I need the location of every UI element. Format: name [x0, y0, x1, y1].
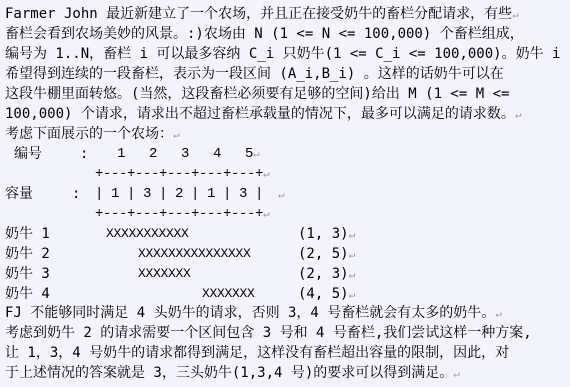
cow-interval-row: (2, 3)↵: [298, 264, 355, 284]
capacity-label: 容量: [5, 184, 33, 204]
cow-label: 奶牛 2: [5, 244, 50, 264]
text: 于上述情况的答案就是 3，三头奶牛(1,3,4 号)的要求可以得到满足。: [5, 365, 453, 381]
text-line: 于上述情况的答案就是 3，三头奶牛(1,3,4 号)的要求可以得到满足。↵: [5, 363, 460, 383]
cow-interval: (1, 3): [298, 226, 349, 242]
text-line: 考虑到奶牛 2 的请求需要一个区间包含 3 号和 4 号畜栏,我们尝试这样一种方…: [5, 323, 532, 343]
text: 让 1，3，4 号奶牛的请求都得到满足，这样没有畜栏超出容量的限制，因此，对: [5, 345, 509, 361]
text: Farmer John 最近新建立了一个农场，并且正在接受奶牛的畜栏分配请求，有…: [5, 6, 512, 22]
stall-numbers: 1 2 3 4 5: [117, 146, 253, 162]
colon: :: [80, 144, 88, 164]
border: +---+---+---+---+---+: [95, 166, 263, 182]
return-mark-icon: ↵: [263, 209, 269, 221]
text-line: 让 1，3，4 号奶牛的请求都得到满足，这样没有畜栏超出容量的限制，因此，对: [5, 343, 509, 363]
text-line: 考虑下面展示的一个农场：↵: [5, 124, 180, 144]
return-mark-icon: ↵: [349, 228, 356, 241]
return-mark-icon: ↵: [495, 307, 502, 320]
text: 考虑下面展示的一个农场：: [5, 126, 173, 142]
cow-interval-row: (1, 3)↵: [298, 224, 355, 244]
text-line: Farmer John 最近新建立了一个农场，并且正在接受奶牛的畜栏分配请求，有…: [5, 4, 519, 24]
border-row: +---+---+---+---+---+↵: [95, 164, 269, 184]
cow-interval-row: (2, 5)↵: [298, 244, 355, 264]
return-mark-icon: ↵: [278, 184, 285, 204]
text: FJ 不能够同时满足 4 头奶牛的请求，否则 3，4 号畜栏就会有太多的奶牛。: [5, 305, 495, 321]
colon: :: [72, 184, 80, 204]
cow-interval-row: (4, 5)↵: [298, 284, 355, 304]
cow-label: 奶牛 1: [5, 224, 50, 244]
cow-bar: XXXXXXX: [138, 264, 191, 284]
cow-bar: XXXXXXX: [202, 284, 255, 304]
cow-bar: XXXXXXXXXXX: [106, 224, 189, 244]
stall-numbers-row: 1 2 3 4 5↵: [117, 144, 259, 164]
text: 希望得到连续的一段畜栏，表示为一段区间 (A_i,B_i) 。这样的话奶牛可以在: [5, 66, 504, 82]
text: 编号为 1..N，畜栏 i 可以最多容纳 C_i 只奶牛(1 <= C_i <=…: [5, 46, 560, 62]
id-label: 编号: [14, 144, 42, 164]
text-line: 这段牛棚里面转悠。(当然，这段畜栏必须要有足够的空间)给出 M (1 <= M …: [5, 84, 509, 104]
return-mark-icon: ↵: [349, 268, 356, 281]
capacities-row: | 1 | 3 | 2 | 1 | 3 |: [95, 184, 263, 204]
border: +---+---+---+---+---+: [95, 206, 263, 222]
return-mark-icon: ↵: [173, 128, 180, 141]
cow-interval: (2, 5): [298, 246, 349, 262]
return-mark-icon: ↵: [515, 108, 522, 121]
return-mark-icon: ↵: [349, 248, 356, 261]
text: 100,000) 个请求，请求出不超过畜栏承载量的情况下，最多可以满足的请求数。: [5, 106, 515, 122]
text: 这段牛棚里面转悠。(当然，这段畜栏必须要有足够的空间)给出 M (1 <= M …: [5, 86, 509, 102]
text-line: 希望得到连续的一段畜栏，表示为一段区间 (A_i,B_i) 。这样的话奶牛可以在: [5, 64, 504, 84]
return-mark: ↵: [278, 188, 285, 201]
return-mark-icon: ↵: [263, 169, 269, 181]
return-mark-icon: ↵: [453, 367, 460, 380]
cow-bar: XXXXXXXXXXXXXXX: [138, 244, 251, 264]
text-line: 编号为 1..N，畜栏 i 可以最多容纳 C_i 只奶牛(1 <= C_i <=…: [5, 44, 560, 64]
text: 畜栏会看到农场美妙的风景。:)农场由 N (1 <= N <= 100,000)…: [5, 26, 524, 42]
cow-label: 奶牛 4: [5, 284, 50, 304]
text-line: FJ 不能够同时满足 4 头奶牛的请求，否则 3，4 号畜栏就会有太多的奶牛。↵: [5, 303, 502, 323]
border-row: +---+---+---+---+---+↵: [95, 204, 269, 224]
return-mark-icon: ↵: [253, 149, 259, 161]
cow-label: 奶牛 3: [5, 264, 50, 284]
text-line: 畜栏会看到农场美妙的风景。:)农场由 N (1 <= N <= 100,000)…: [5, 24, 524, 44]
return-mark-icon: ↵: [512, 8, 519, 21]
cow-interval: (2, 3): [298, 266, 349, 282]
text: 考虑到奶牛 2 的请求需要一个区间包含 3 号和 4 号畜栏,我们尝试这样一种方…: [5, 325, 532, 341]
return-mark-icon: ↵: [349, 288, 356, 301]
text-line: 100,000) 个请求，请求出不超过畜栏承载量的情况下，最多可以满足的请求数。…: [5, 104, 521, 124]
cow-interval: (4, 5): [298, 286, 349, 302]
capacities: | 1 | 3 | 2 | 1 | 3 |: [95, 186, 263, 202]
